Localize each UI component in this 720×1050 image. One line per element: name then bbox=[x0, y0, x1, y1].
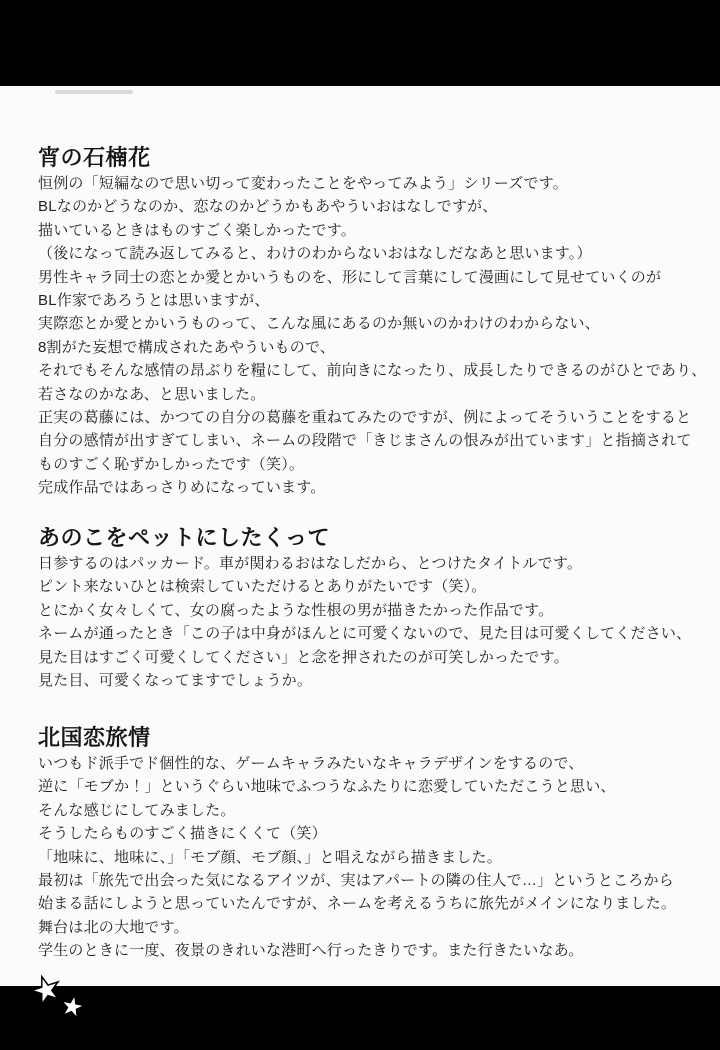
section-title: 宵の石楠花 bbox=[38, 145, 692, 171]
afterword-page: 宵の石楠花 恒例の「短編なので思い切って変わったことをやってみよう」シリーズです… bbox=[0, 0, 720, 1050]
top-border-bar bbox=[0, 0, 720, 86]
section-anoko-wo-pet: あのこをペットにしたくって 日参するのはパッカード。車が関わるおはなしだから、と… bbox=[38, 525, 692, 692]
text-line: 見た目はすごく可愛くしてください」と念を押されたのが可笑しかったです。 bbox=[38, 646, 692, 669]
text-line: 男性キャラ同士の恋とか愛とかいうものを、形にして言葉にして漫画にして見せていくの… bbox=[38, 266, 692, 289]
section-kitaguni-koi-ryojo: 北国恋旅情 いつもド派手でド個性的な、ゲームキャラみたいなキャラデザインをするの… bbox=[38, 725, 692, 963]
text-line: 恒例の「短編なので思い切って変わったことをやってみよう」シリーズです。 bbox=[38, 172, 692, 195]
section-body: いつもド派手でド個性的な、ゲームキャラみたいなキャラデザインをするので、 逆に「… bbox=[38, 752, 692, 963]
text-line: いつもド派手でド個性的な、ゲームキャラみたいなキャラデザインをするので、 bbox=[38, 752, 692, 775]
text-line: 逆に「モブか！」というぐらい地味でふつうなふたりに恋愛していただこうと思い、 bbox=[38, 775, 692, 798]
text-line: 正実の葛藤には、かつての自分の葛藤を重ねてみたのですが、例によってそういうことを… bbox=[38, 406, 692, 429]
text-line: ものすごく恥ずかしかったです（笑）。 bbox=[38, 453, 692, 476]
text-line: 学生のときに一度、夜景のきれいな港町へ行ったきりです。また行きたいなあ。 bbox=[38, 939, 692, 962]
section-title: あのこをペットにしたくって bbox=[38, 525, 692, 551]
text-line: 舞台は北の大地です。 bbox=[38, 916, 692, 939]
section-body: 恒例の「短編なので思い切って変わったことをやってみよう」シリーズです。 BLなの… bbox=[38, 172, 692, 500]
text-line: 日参するのはパッカード。車が関わるおはなしだから、とつけたタイトルです。 bbox=[38, 552, 692, 575]
text-line: 「地味に、地味に、」「モブ顔、モブ顔、」と唱えながら描きました。 bbox=[38, 846, 692, 869]
text-line: 自分の感情が出すぎてしまい、ネームの段階で「きじまさんの恨みが出ています」と指摘… bbox=[38, 429, 692, 452]
section-body: 日参するのはパッカード。車が関わるおはなしだから、とつけたタイトルです。 ピント… bbox=[38, 552, 692, 692]
text-line: 始まる話にしようと思っていたんですが、ネームを考えるうちに旅先がメインになりまし… bbox=[38, 892, 692, 915]
text-line: ピント来ないひとは検索していただけるとありがたいです（笑）。 bbox=[38, 575, 692, 598]
section-title: 北国恋旅情 bbox=[38, 725, 692, 751]
section-yoi-no-shakunage: 宵の石楠花 恒例の「短編なので思い切って変わったことをやってみよう」シリーズです… bbox=[38, 145, 692, 500]
text-line: 描いているときはものすごく楽しかったです。 bbox=[38, 219, 692, 242]
text-line: 若さなのかなあ、と思いました。 bbox=[38, 383, 692, 406]
text-line: それでもそんな感情の昂ぶりを糧にして、前向きになったり、成長したりできるのがひと… bbox=[38, 359, 692, 382]
text-line: BL作家であろうとは思いますが、 bbox=[38, 289, 692, 312]
text-line: 実際恋とか愛とかいうものって、こんな風にあるのか無いのかわけのわからない、 bbox=[38, 312, 692, 335]
text-line: ネームが通ったとき「この子は中身がほんとに可愛くないので、見た目は可愛くしてくだ… bbox=[38, 622, 692, 645]
text-line: 8割がた妄想で構成されたあやういもので、 bbox=[38, 336, 692, 359]
text-line: 最初は「旅先で出会った気になるアイツが、実はアパートの隣の住人で…」というところ… bbox=[38, 869, 692, 892]
bottom-border-bar bbox=[0, 986, 720, 1050]
text-line: 見た目、可愛くなってますでしょうか。 bbox=[38, 669, 692, 692]
text-line: （後になって読み返してみると、わけのわからないおはなしだなあと思います。） bbox=[38, 242, 692, 265]
text-line: とにかく女々しくて、女の腐ったような性根の男が描きたかった作品です。 bbox=[38, 599, 692, 622]
text-line: そうしたらものすごく描きにくくて（笑） bbox=[38, 822, 692, 845]
scan-smudge-mark bbox=[55, 90, 133, 94]
text-line: そんな感じにしてみました。 bbox=[38, 799, 692, 822]
text-line: BLなのかどうなのか、恋なのかどうかもあやういおはなしですが、 bbox=[38, 195, 692, 218]
text-line: 完成作品ではあっさりめになっています。 bbox=[38, 476, 692, 499]
